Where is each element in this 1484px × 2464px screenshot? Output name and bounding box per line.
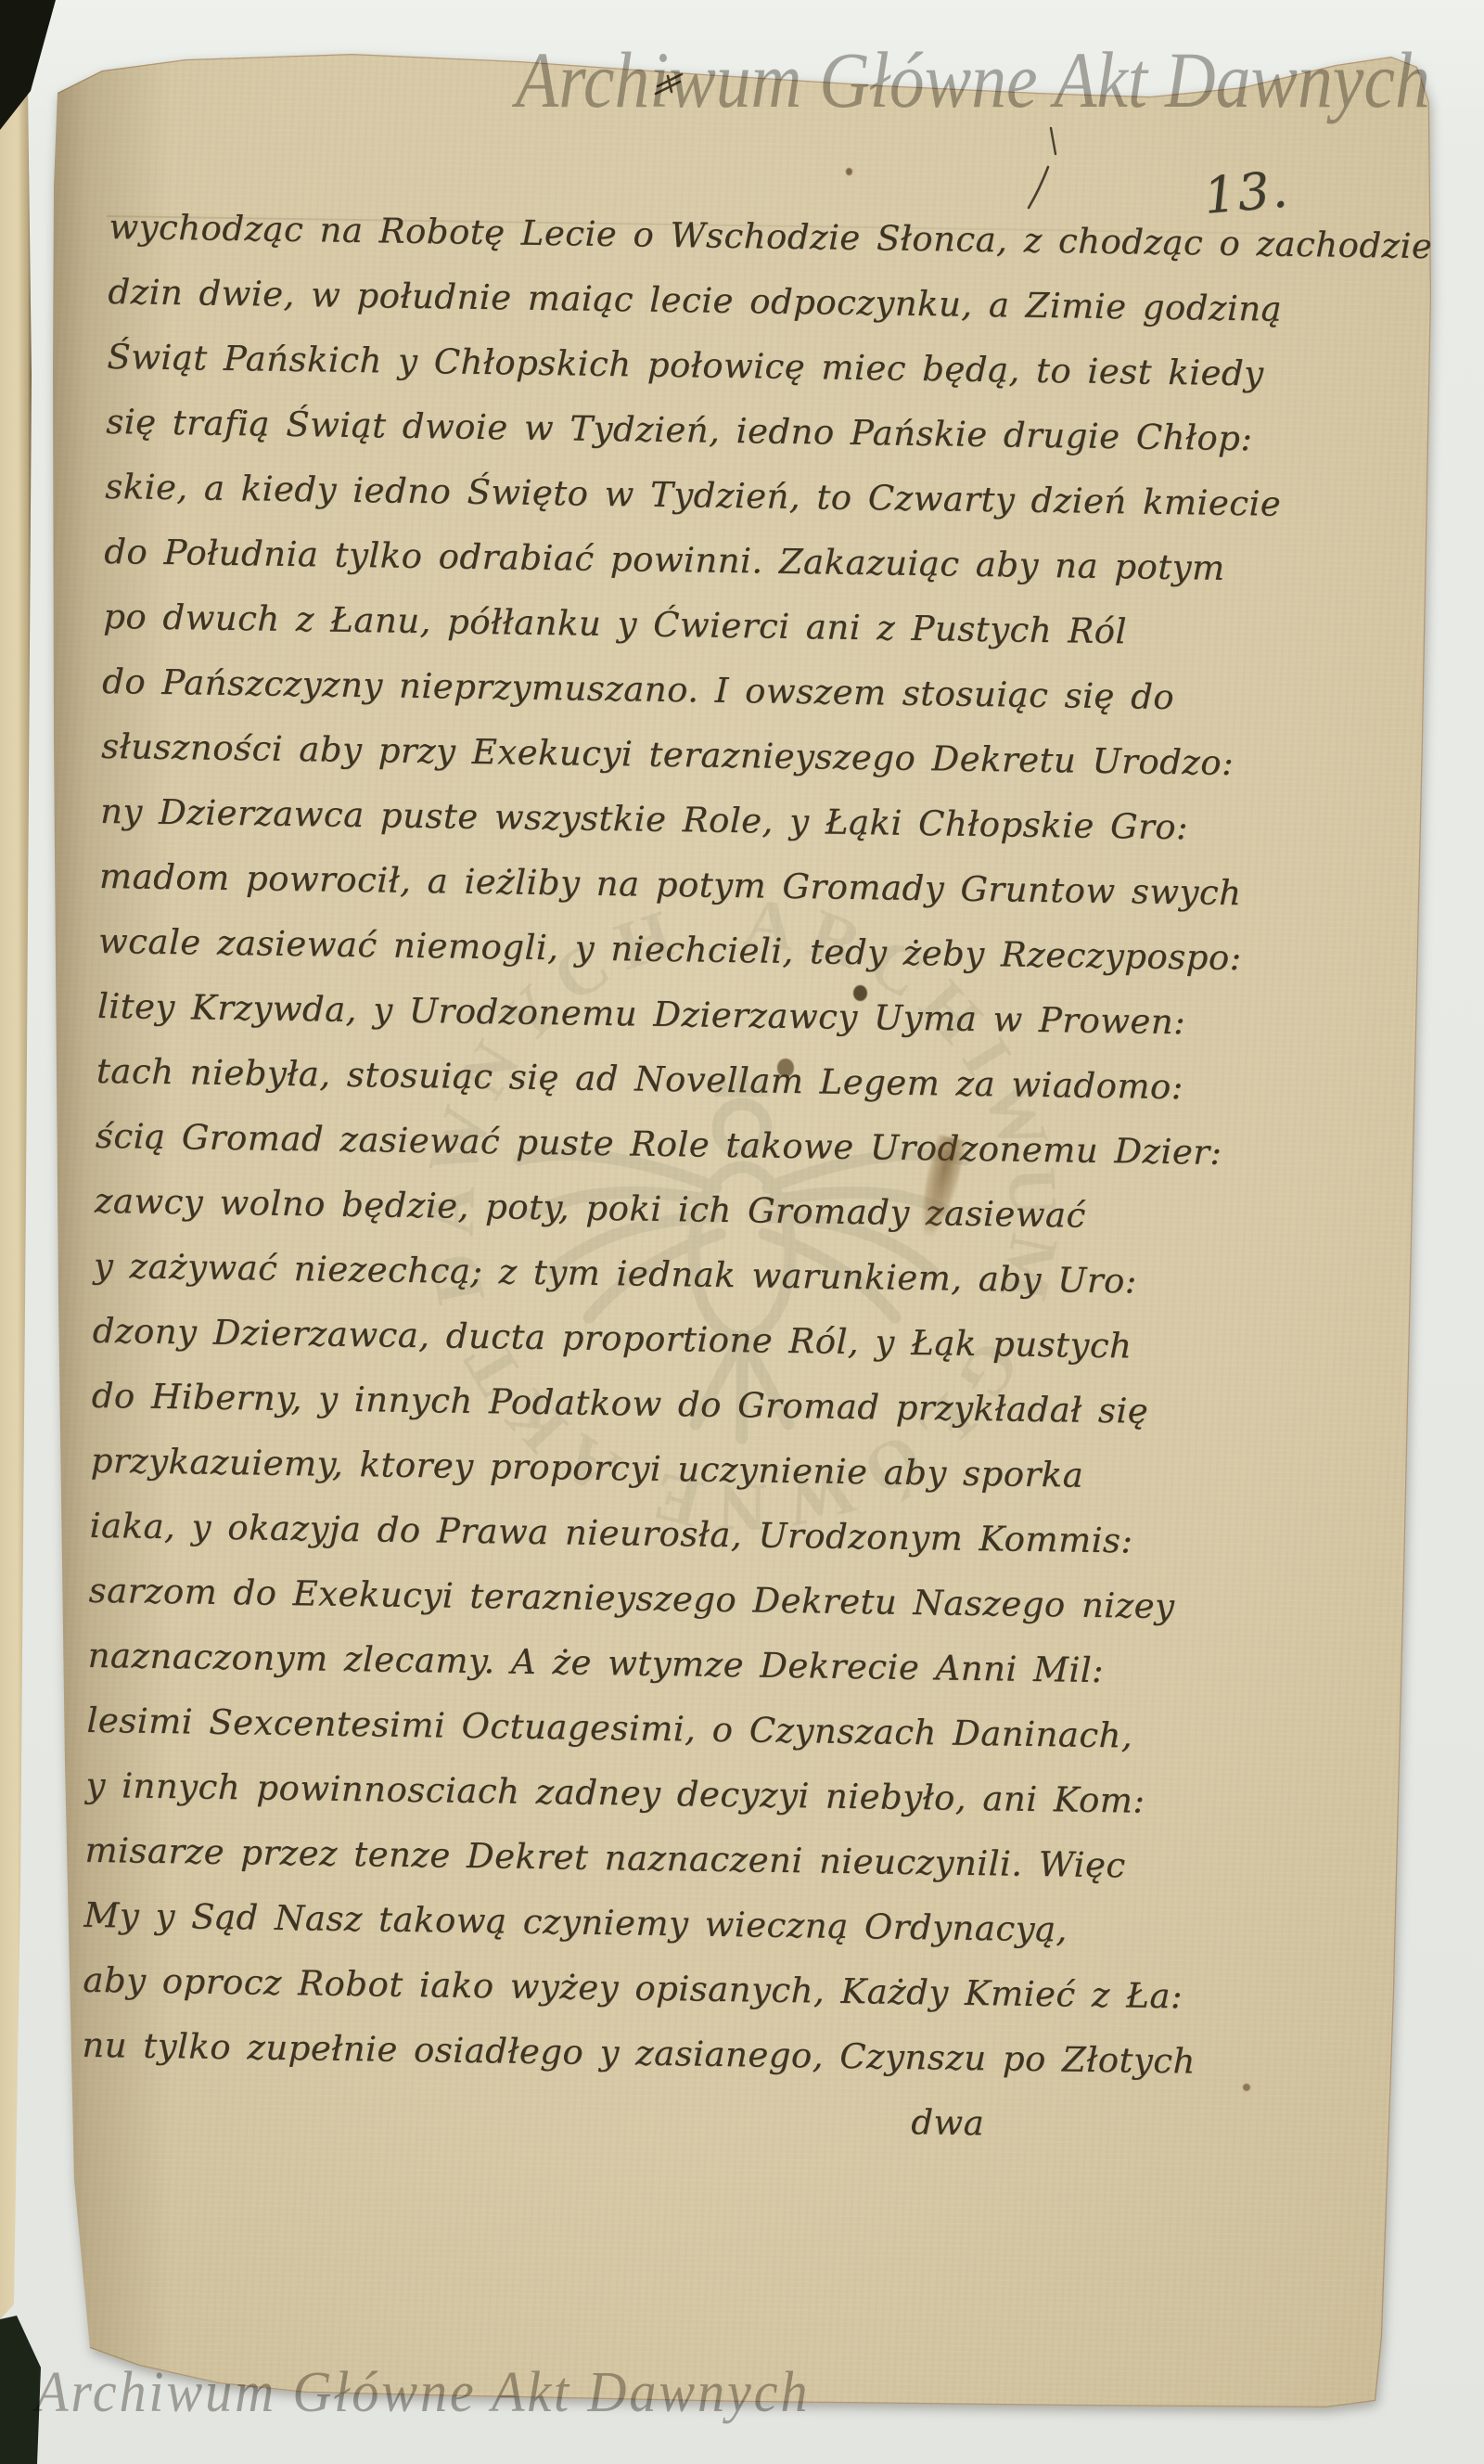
manuscript-page: ARCHIWUM GŁÓWNE AKT DAWNYCH	[0, 0, 1484, 2464]
ink-speck	[853, 985, 867, 1001]
manuscript-text: wychodząc na Robotę Lecie o Wschodzie Sł…	[81, 195, 1352, 2162]
scanned-document-background: { "watermarks": { "top_text": "Archiwum …	[0, 0, 1484, 2464]
ink-speck	[846, 168, 852, 175]
page-number: 13.	[1201, 160, 1291, 225]
ink-speck	[1243, 2084, 1250, 2091]
paper-surface: ARCHIWUM GŁÓWNE AKT DAWNYCH	[0, 0, 1484, 2464]
ink-speck	[777, 1059, 794, 1077]
pen-mark-squiggle	[653, 67, 688, 98]
pen-mark-strokes	[1020, 124, 1061, 213]
